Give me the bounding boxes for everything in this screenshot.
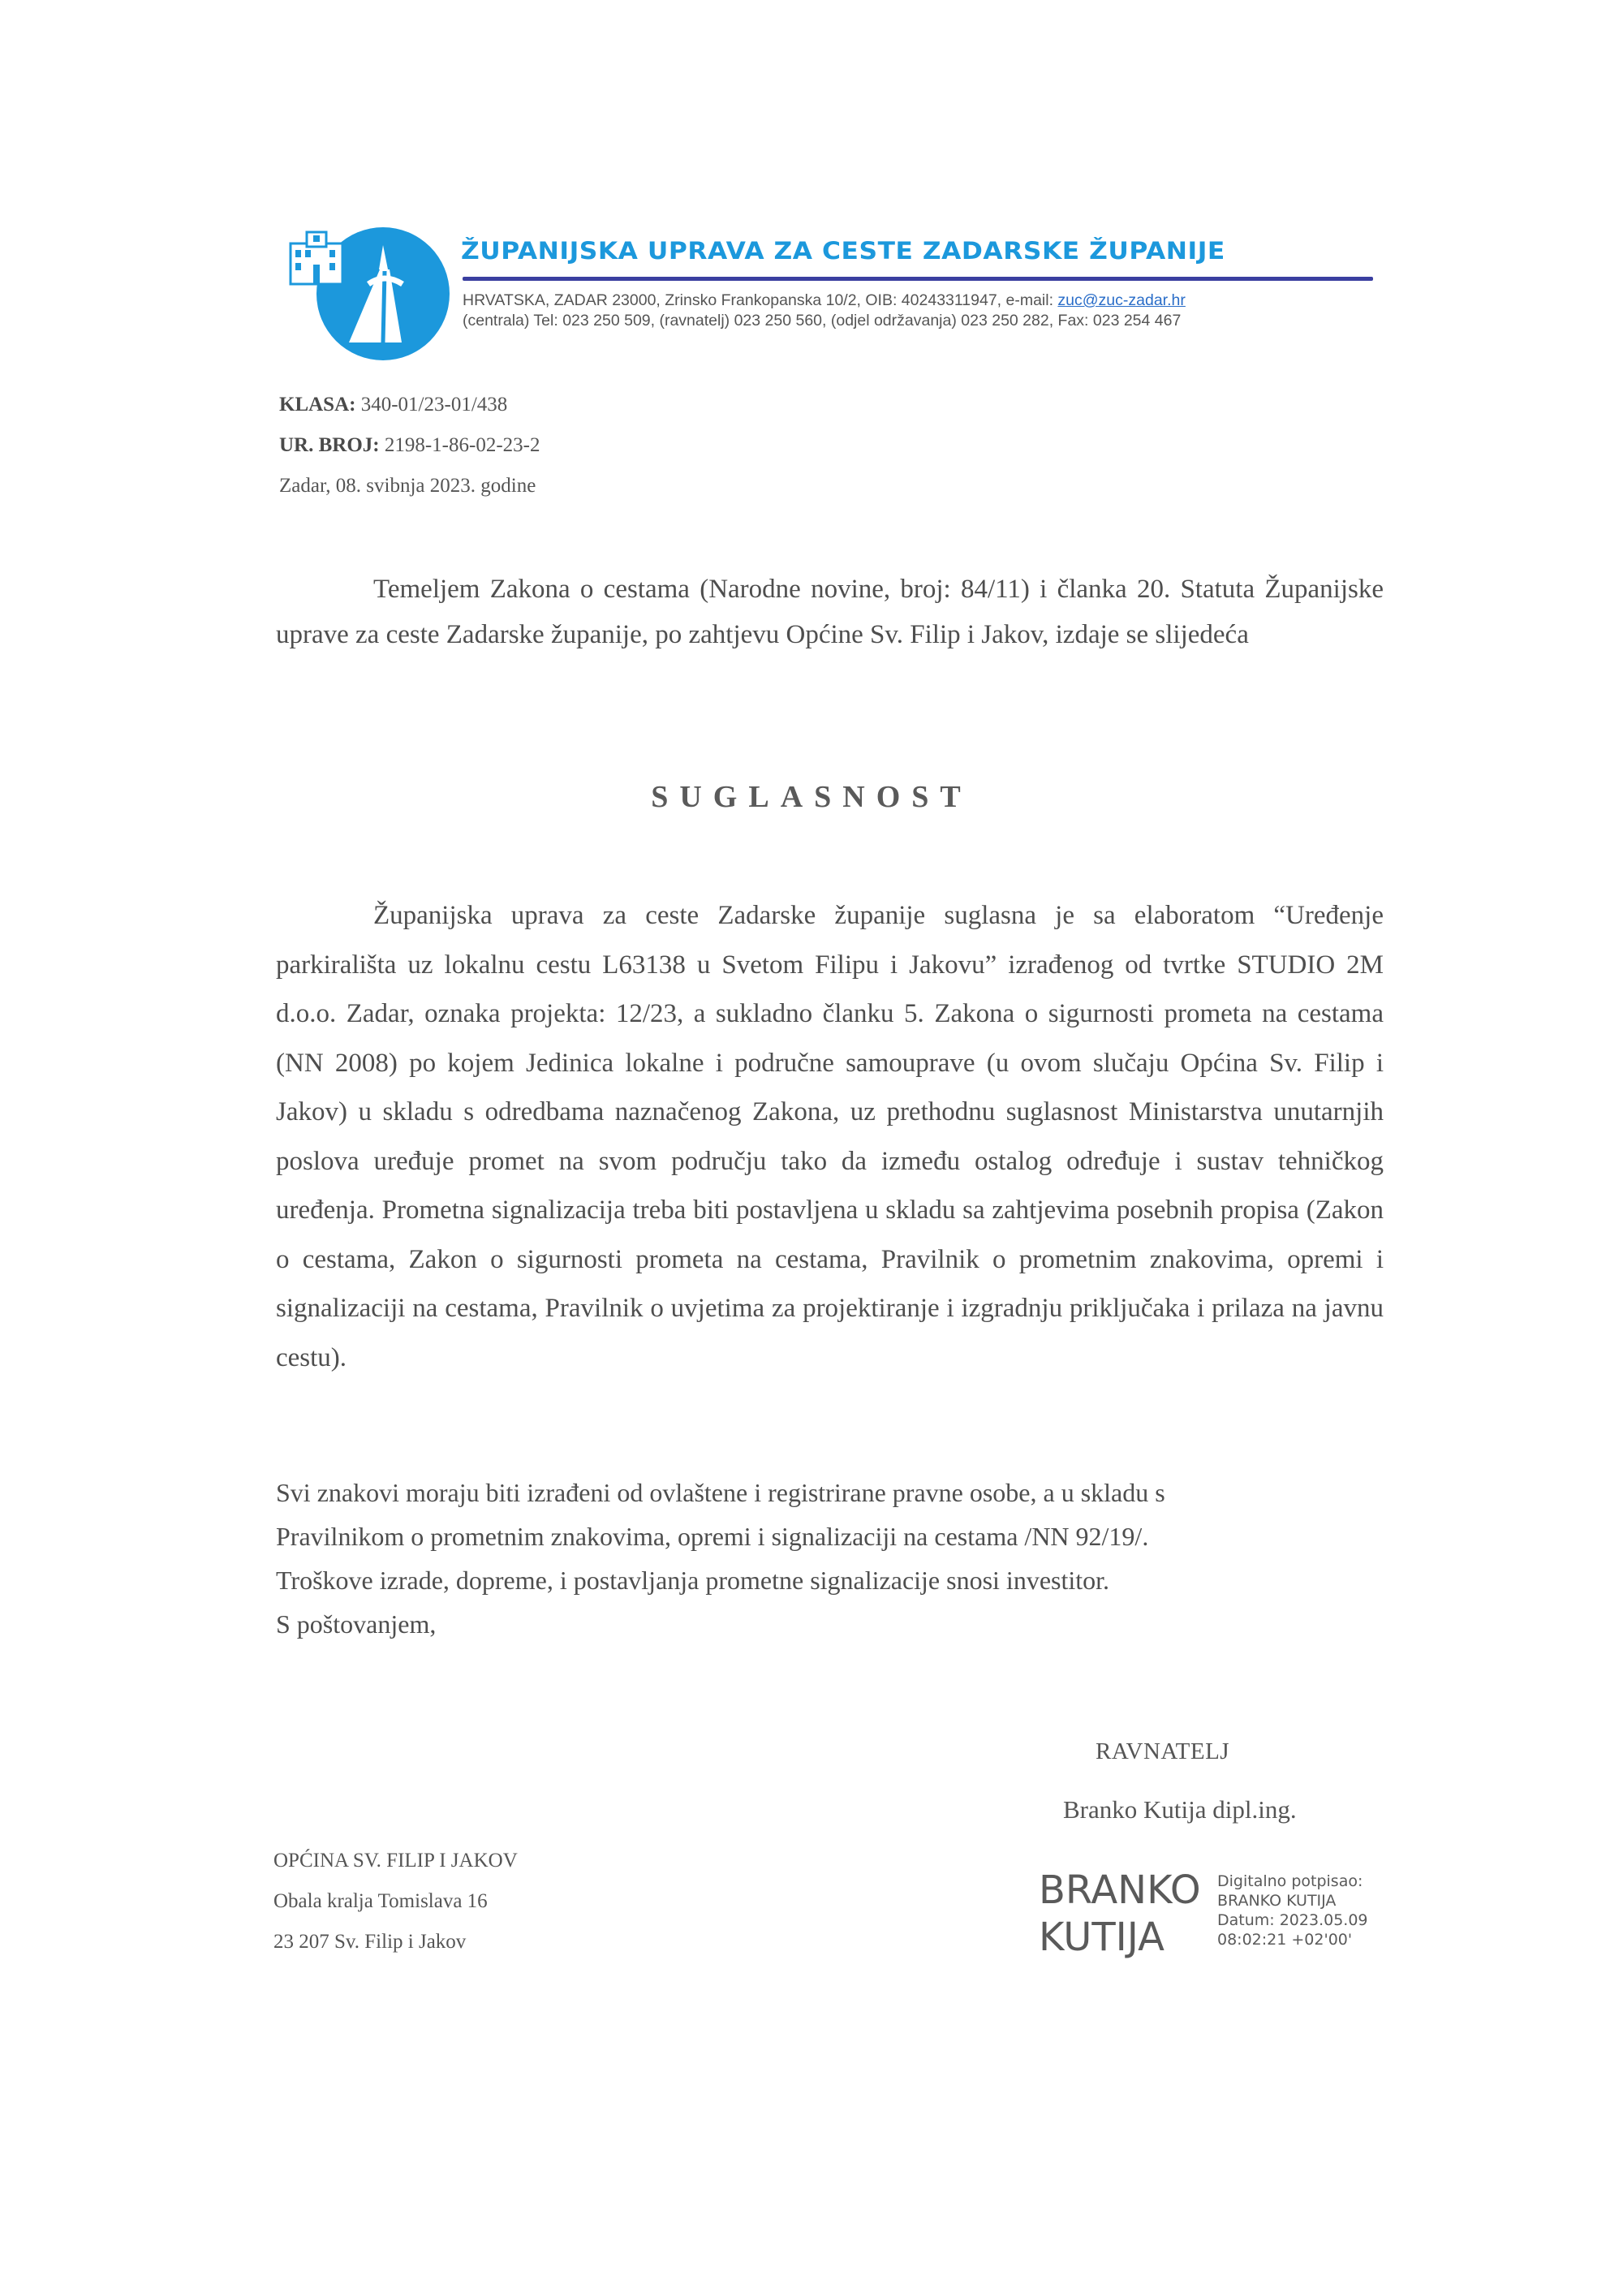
recipient-name: OPĆINA SV. FILIP I JAKOV xyxy=(273,1841,518,1881)
digital-signature-first-name: BRANKO xyxy=(1039,1867,1201,1914)
klasa-label: KLASA: xyxy=(279,394,355,416)
closing-line: Pravilnikom o prometnim znakovima, oprem… xyxy=(276,1514,1384,1558)
digital-signature-date: Datum: 2023.05.09 xyxy=(1217,1910,1368,1930)
contact-info: HRVATSKA, ZADAR 23000, Zrinsko Frankopan… xyxy=(463,291,1186,331)
digital-signature-signer: BRANKO KUTIJA xyxy=(1217,1891,1368,1910)
email-link[interactable]: zuc@zuc-zadar.hr xyxy=(1057,291,1185,309)
closing-paragraph: Svi znakovi moraju biti izrađeni od ovla… xyxy=(276,1471,1384,1646)
document-title: SUGLASNOST xyxy=(0,779,1623,815)
closing-line: Svi znakovi moraju biti izrađeni od ovla… xyxy=(276,1471,1384,1514)
urbroj-value: 2198-1-86-02-23-2 xyxy=(380,434,540,456)
digital-signature-label: Digitalno potpisao: xyxy=(1217,1872,1368,1891)
header-divider xyxy=(463,277,1373,281)
phone-line: (centrala) Tel: 023 250 509, (ravnatelj)… xyxy=(463,311,1186,331)
klasa-value: 340-01/23-01/438 xyxy=(355,394,507,416)
urbroj-label: UR. BROJ: xyxy=(279,434,380,456)
digital-signature-last-name: KUTIJA xyxy=(1039,1914,1201,1961)
salutation: S poštovanjem, xyxy=(276,1602,1384,1646)
recipient-address: OPĆINA SV. FILIP I JAKOV Obala kralja To… xyxy=(273,1841,518,1962)
reference-block: KLASA: 340-01/23-01/438 UR. BROJ: 2198-1… xyxy=(279,385,540,506)
digital-signature-time: 08:02:21 +02'00' xyxy=(1217,1930,1368,1949)
digital-signature-details: Digitalno potpisao: BRANKO KUTIJA Datum:… xyxy=(1217,1872,1368,1949)
intro-text: Temeljem Zakona o cestama (Narodne novin… xyxy=(276,575,1384,649)
intro-paragraph: Temeljem Zakona o cestama (Narodne novin… xyxy=(276,566,1384,657)
klasa-line: KLASA: 340-01/23-01/438 xyxy=(279,385,540,425)
body-paragraph: Županijska uprava za ceste Zadarske župa… xyxy=(276,891,1384,1382)
body-text: Županijska uprava za ceste Zadarske župa… xyxy=(276,901,1384,1372)
closing-line: Troškove izrade, dopreme, i postavljanja… xyxy=(276,1558,1384,1602)
signatory-role: RAVNATELJ xyxy=(1096,1738,1229,1765)
urbroj-line: UR. BROJ: 2198-1-86-02-23-2 xyxy=(279,425,540,466)
digital-signature-name[interactable]: BRANKO KUTIJA xyxy=(1039,1867,1201,1961)
recipient-city: 23 207 Sv. Filip i Jakov xyxy=(273,1922,518,1962)
signatory-name: Branko Kutija dipl.ing. xyxy=(1063,1795,1297,1824)
road-and-fortress-logo-icon xyxy=(284,221,450,363)
organization-name: ŽUPANIJSKA UPRAVA ZA CESTE ZADARSKE ŽUPA… xyxy=(461,237,1225,265)
document-page: ŽUPANIJSKA UPRAVA ZA CESTE ZADARSKE ŽUPA… xyxy=(0,0,1623,2296)
recipient-street: Obala kralja Tomislava 16 xyxy=(273,1881,518,1922)
address-line: HRVATSKA, ZADAR 23000, Zrinsko Frankopan… xyxy=(463,291,1057,309)
place-date: Zadar, 08. svibnja 2023. godine xyxy=(279,466,540,506)
